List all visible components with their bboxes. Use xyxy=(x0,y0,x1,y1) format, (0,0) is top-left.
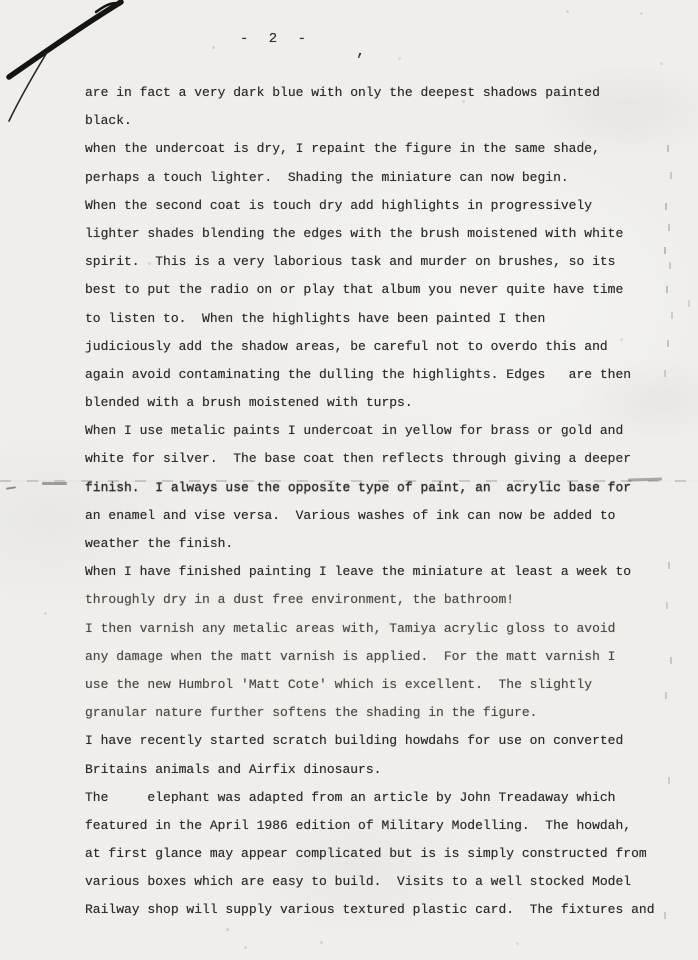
text-line: again avoid contaminating the dulling th… xyxy=(85,361,685,389)
text-line: are in fact a very dark blue with only t… xyxy=(85,79,685,107)
text-line: When I have finished painting I leave th… xyxy=(85,558,685,586)
text-line: various boxes which are easy to build. V… xyxy=(85,868,685,896)
text-line: lighter shades blending the edges with t… xyxy=(85,220,685,248)
text-line: granular nature further softens the shad… xyxy=(85,699,685,727)
text-line: when the undercoat is dry, I repaint the… xyxy=(85,135,685,163)
text-line: use the new Humbrol 'Matt Cote' which is… xyxy=(85,671,685,699)
text-line: to listen to. When the highlights have b… xyxy=(85,305,685,333)
text-line: When the second coat is touch dry add hi… xyxy=(85,192,685,220)
text-line: perhaps a touch lighter. Shading the min… xyxy=(85,164,685,192)
text-line: finish. I always use the opposite type o… xyxy=(85,474,685,502)
crease-dash xyxy=(6,486,16,489)
text-line: at first glance may appear complicated b… xyxy=(85,840,685,868)
text-line: throughly dry in a dust free environment… xyxy=(85,586,685,614)
text-line: I then varnish any metalic areas with, T… xyxy=(85,615,685,643)
text-line: any damage when the matt varnish is appl… xyxy=(85,643,685,671)
text-line: Britains animals and Airfix dinosaurs. xyxy=(85,756,685,784)
text-line: featured in the April 1986 edition of Mi… xyxy=(85,812,685,840)
text-line: an enamel and vise versa. Various washes… xyxy=(85,502,685,530)
text-line: The elephant was adapted from an article… xyxy=(85,784,685,812)
text-line: white for silver. The base coat then ref… xyxy=(85,445,685,473)
text-line: blended with a brush moistened with turp… xyxy=(85,389,685,417)
scanned-document-page: - 2 - , are in fact a very dark blue wit… xyxy=(0,0,698,960)
toner-specks xyxy=(0,0,3,3)
text-line: Railway shop will supply various texture… xyxy=(85,896,685,924)
crease-dash xyxy=(42,482,67,485)
document-text: are in fact a very dark blue with only t… xyxy=(85,79,685,925)
text-line: judiciously add the shadow areas, be car… xyxy=(85,333,685,361)
text-line: spirit. This is a very laborious task an… xyxy=(85,248,685,276)
paper-crease-line xyxy=(0,480,698,482)
text-line: When I use metalic paints I undercoat in… xyxy=(85,417,685,445)
stray-comma-mark: , xyxy=(356,42,366,60)
text-line: weather the finish. xyxy=(85,530,685,558)
text-line: best to put the radio on or play that al… xyxy=(85,276,685,304)
text-line: black. xyxy=(85,107,685,135)
page-number: - 2 - xyxy=(240,31,312,47)
text-line: I have recently started scratch building… xyxy=(85,727,685,755)
